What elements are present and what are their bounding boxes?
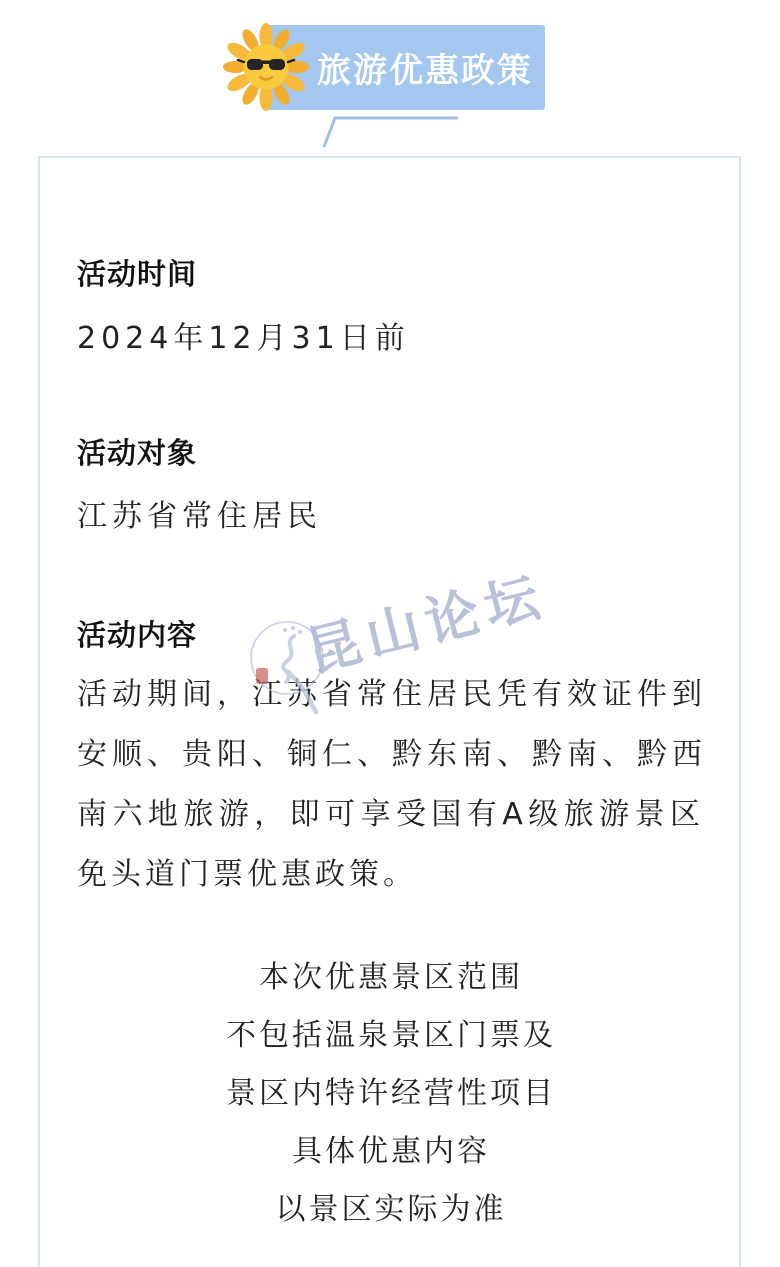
section-activity-target: 活动对象 江苏省常住居民 — [77, 437, 705, 534]
paragraph-line: 免头道门票优惠政策。 — [77, 845, 705, 905]
activity-time-heading: 活动时间 — [77, 258, 705, 290]
paragraph-line: 活动期间，江苏省常住居民凭有效证件到 — [77, 665, 705, 725]
note-line: 本次优惠景区范围 — [77, 949, 705, 1007]
activity-target-heading: 活动对象 — [77, 437, 705, 469]
note-line: 景区内特许经营性项目 — [77, 1065, 705, 1123]
badge-tail-decoration — [318, 113, 462, 151]
note-line: 具体优惠内容 — [77, 1123, 705, 1181]
section-activity-time: 活动时间 2024年12月31日前 — [77, 258, 705, 356]
sun-with-sunglasses-icon — [217, 18, 315, 116]
content-box: 活动时间 2024年12月31日前 活动对象 江苏省常住居民 活动内容 活动期间… — [38, 156, 741, 1267]
title-badge: 旅游优惠政策 — [263, 25, 545, 110]
note-line: 不包括温泉景区门票及 — [77, 1007, 705, 1065]
note-line: 以景区实际为准 — [77, 1181, 705, 1239]
paragraph-line: 安顺、贵阳、铜仁、黔东南、黔南、黔西 — [77, 725, 705, 785]
paragraph-line: 南六地旅游，即可享受国有A级旅游景区 — [77, 785, 705, 845]
page-title: 旅游优惠政策 — [317, 43, 533, 92]
activity-target-value: 江苏省常住居民 — [77, 500, 705, 534]
article-page: 旅游优惠政策 活动时间 2024年12月31日前 活动对象 江苏省常住居民 活动… — [0, 0, 780, 1267]
activity-content-paragraph: 活动期间，江苏省常住居民凭有效证件到 安顺、贵阳、铜仁、黔东南、黔南、黔西 南六… — [77, 665, 705, 905]
activity-time-value: 2024年12月31日前 — [77, 322, 705, 356]
discount-scope-note: 本次优惠景区范围 不包括温泉景区门票及 景区内特许经营性项目 具体优惠内容 以景… — [77, 949, 705, 1239]
activity-content-heading: 活动内容 — [77, 619, 705, 651]
